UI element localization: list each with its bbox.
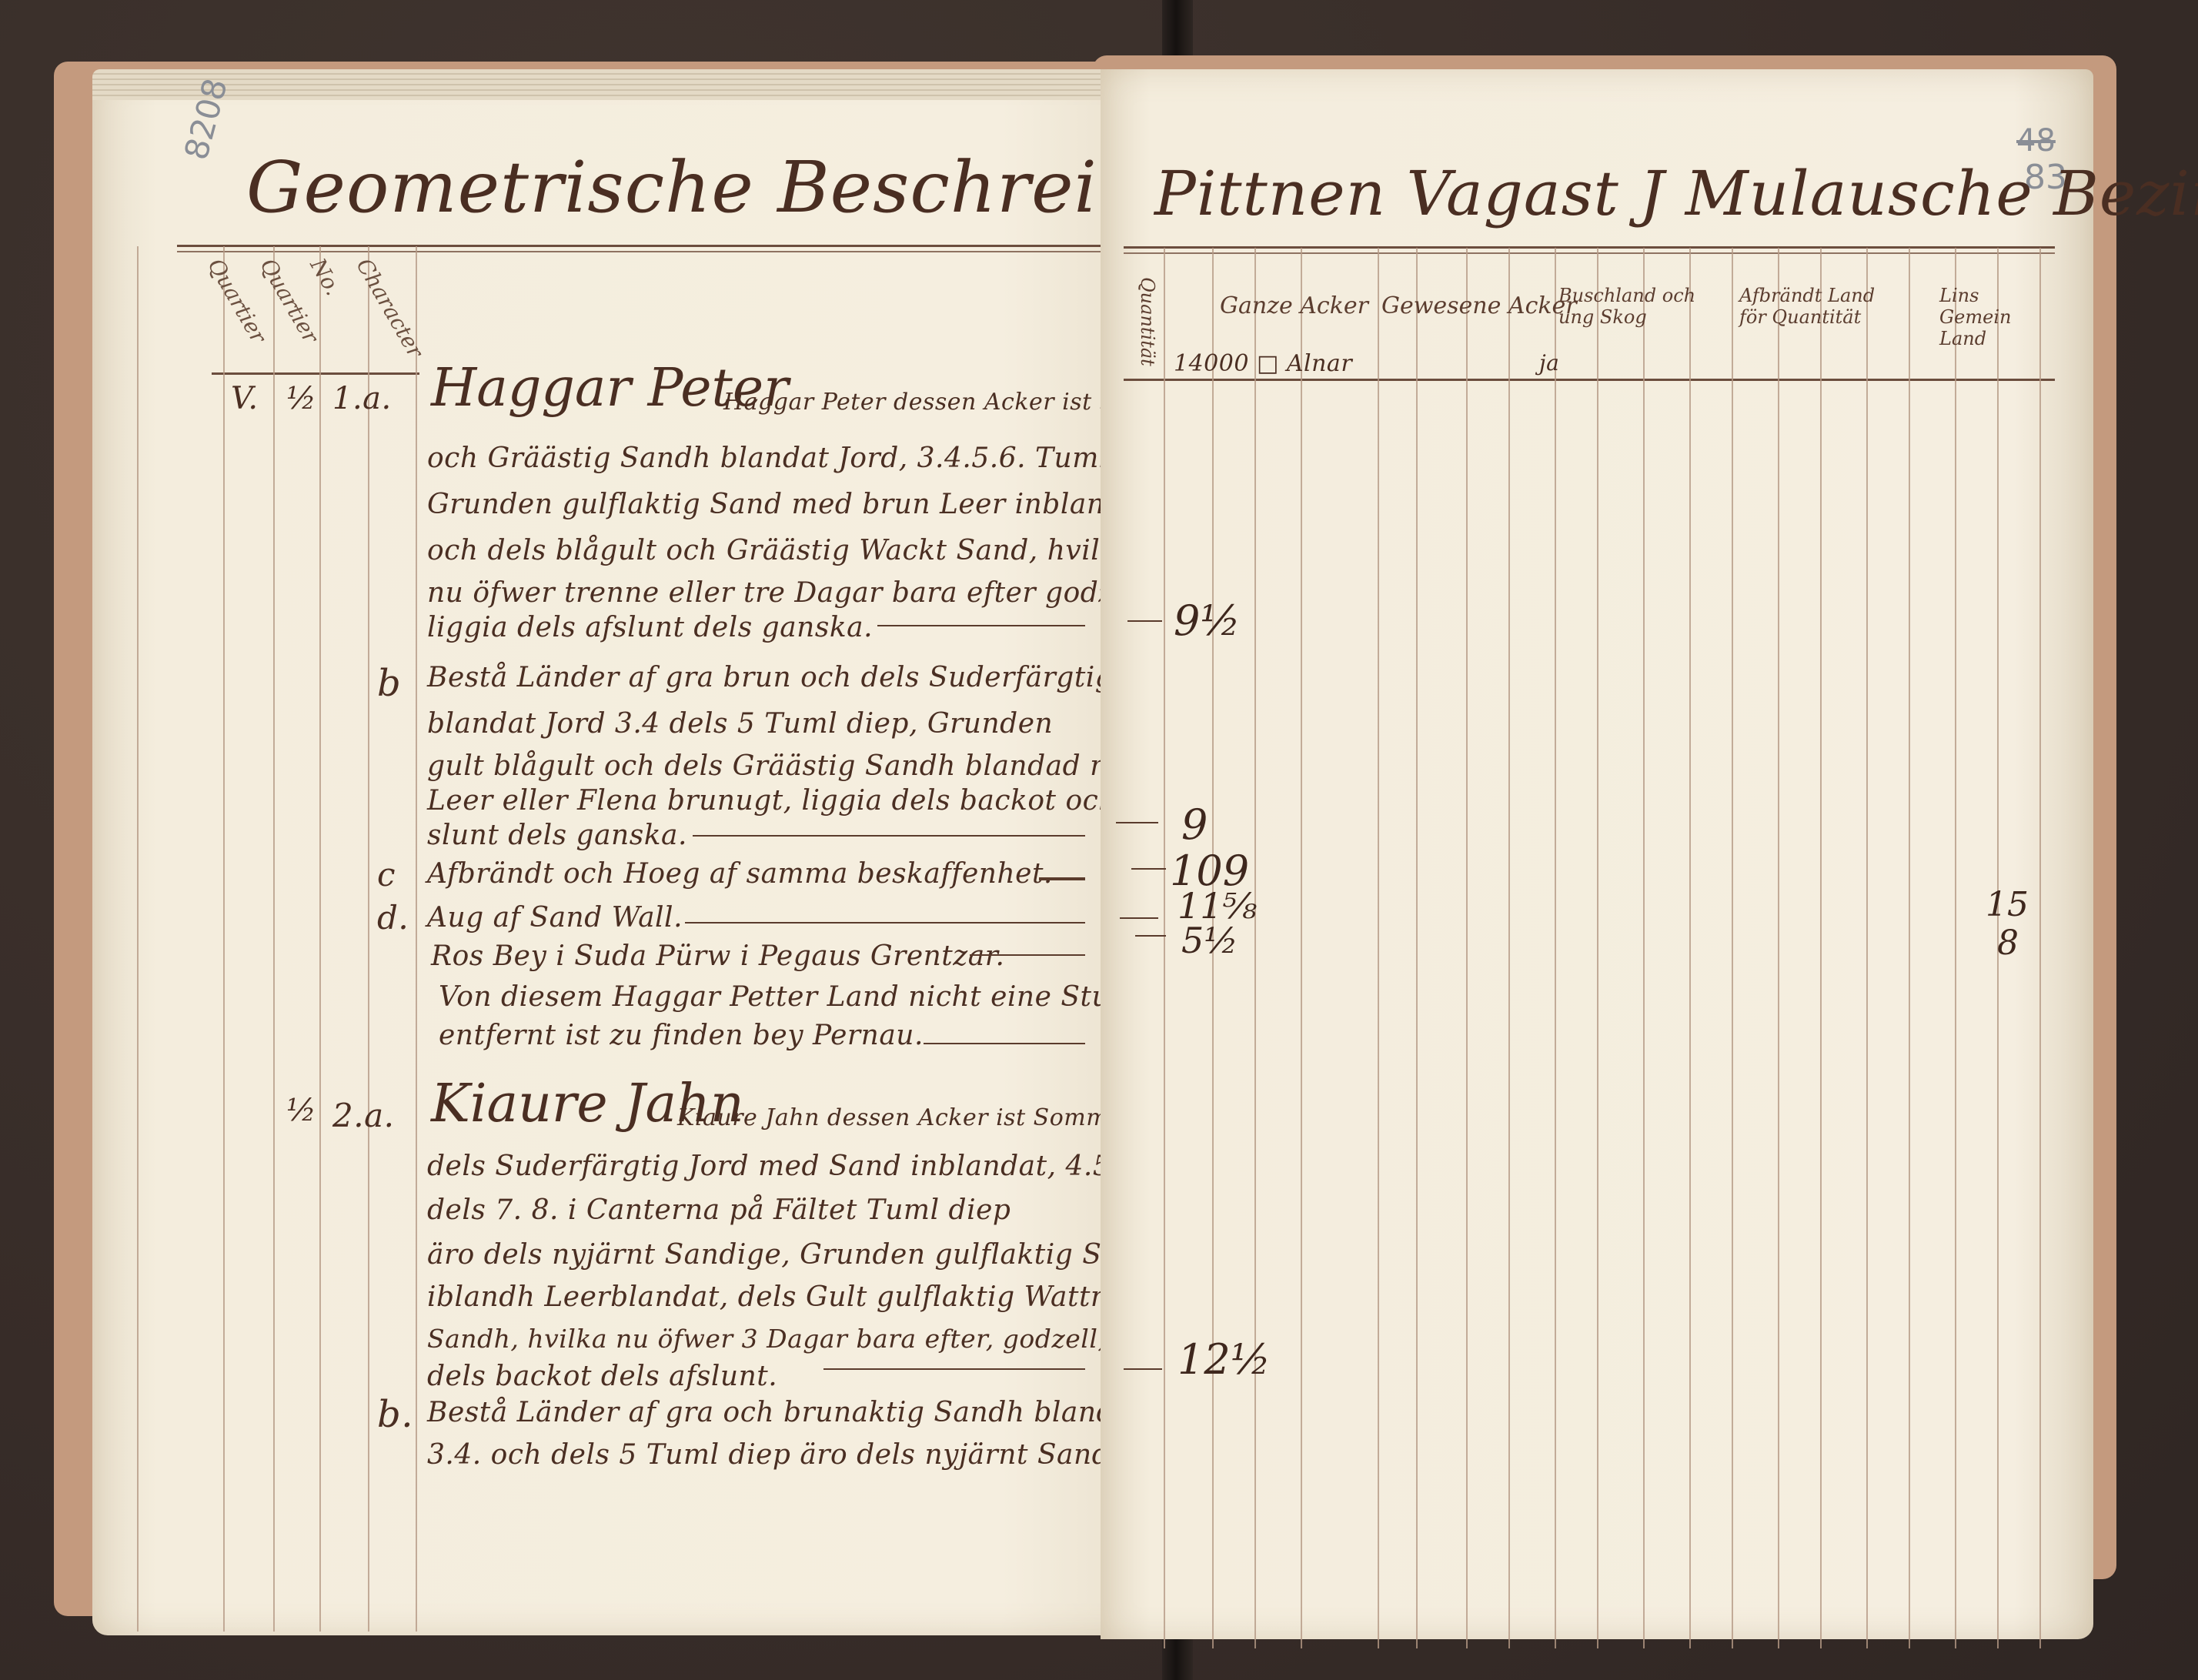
- entry-text: och dels blågult och Gräästig Wackt Sand…: [427, 535, 1134, 566]
- side-value: 8: [1997, 923, 2019, 963]
- entry-text: slunt dels ganska.: [427, 820, 687, 851]
- entry-end-rule: [1039, 877, 1085, 880]
- entry-label: 2.a.: [332, 1097, 394, 1134]
- measure-value: 12½: [1177, 1335, 1271, 1384]
- entry-text: dels Suderfärgtig Jord med Sand inblanda…: [427, 1151, 1147, 1182]
- measure-value: 5½: [1181, 920, 1238, 961]
- folio-number-struck: 48: [2016, 123, 2056, 159]
- column-header-gewesene-acker: Gewesene Acker: [1381, 292, 1577, 319]
- measure-tick: [1131, 868, 1166, 870]
- column-line: [2039, 248, 2041, 1648]
- column-line: [1555, 248, 1556, 1648]
- entry-text: liggia dels afslunt dels ganska.: [427, 612, 873, 643]
- entry-label: d.: [377, 899, 409, 937]
- note-text: Ros Bey i Suda Pürw i Pegaus Grentzar.: [431, 940, 1004, 972]
- entry-text: Aug af Sand Wall.: [427, 902, 683, 934]
- column-line: [1643, 248, 1645, 1648]
- column-line: [1164, 248, 1165, 1648]
- column-line: [273, 246, 275, 1632]
- entry-text: dels 7. 8. i Canterna på Fältet Tuml die…: [427, 1194, 1010, 1226]
- measure-tick: [1135, 935, 1166, 937]
- column-line: [1254, 248, 1256, 1648]
- entry-text: gult blågult och dels Gräästig Sandh bla…: [427, 750, 1151, 782]
- column-line: [319, 246, 321, 1632]
- note-end-rule: [970, 954, 1085, 956]
- entry-text: och Gräästig Sandh blandat Jord, 3.4.5.6…: [427, 443, 1180, 474]
- column-line: [1416, 248, 1418, 1648]
- side-value: 15: [1986, 885, 2029, 924]
- column-header-quantity: Quantität: [1137, 277, 1158, 366]
- entry-fraction: ½: [286, 381, 316, 416]
- entry-text: blandat Jord 3.4 dels 5 Tuml diep, Grund…: [427, 708, 1053, 740]
- header-rule: [1124, 246, 2055, 249]
- entry-text: nu öfwer trenne eller tre Dagar bara eft…: [427, 577, 1158, 609]
- column-line: [1689, 248, 1691, 1648]
- header-buschland-value: ja: [1539, 350, 1559, 376]
- entry-text: Bestå Länder af gra brun och dels Suderf…: [427, 662, 1213, 693]
- header-rule-secondary: [1124, 252, 2055, 254]
- column-header-gemein-land: Lins Gemein Land: [1939, 285, 2047, 349]
- header-quantity-value: 14000 □ Alnar: [1174, 350, 1352, 377]
- entry-text: Bestå Länder af gra och brunaktig Sandh …: [427, 1397, 1212, 1428]
- entry-fraction: ½: [286, 1093, 316, 1128]
- column-header-buschland: Buschland och ung Skog: [1558, 285, 1712, 328]
- margin-line: [137, 246, 139, 1632]
- entry-text: iblandh Leerblandat, dels Gult gulflakti…: [427, 1281, 1136, 1313]
- measure-tick: [1127, 620, 1162, 622]
- entry-label: 1.a.: [332, 381, 392, 416]
- column-header-rule: [212, 372, 419, 375]
- page-stack-edge: [92, 69, 1162, 100]
- entry-text: 3.4. och dels 5 Tuml diep äro dels nyjär…: [427, 1439, 1164, 1471]
- column-line: [1732, 248, 1733, 1648]
- column-line: [1378, 248, 1379, 1648]
- entry-label: b.: [377, 1393, 413, 1436]
- column-line: [1466, 248, 1468, 1648]
- entry-end-rule: [685, 922, 1085, 923]
- right-page-title: Pittnen Vagast J Mulausche Bezirk.: [1154, 158, 2198, 229]
- column-header-afbrandt: Afbrändt Land för Quantität: [1739, 285, 1893, 328]
- column-line: [1597, 248, 1598, 1648]
- entry-end-rule: [877, 625, 1085, 626]
- note-text: Von diesem Haggar Petter Land nicht eine…: [439, 981, 1163, 1013]
- entry-end-rule: [823, 1368, 1085, 1370]
- measure-tick: [1124, 1368, 1162, 1370]
- entry-label: c: [377, 856, 396, 893]
- note-end-rule: [924, 1043, 1085, 1044]
- note-text: entfernt ist zu finden bey Pernau.: [439, 1020, 924, 1051]
- entry-end-rule: [693, 835, 1085, 837]
- column-line: [416, 246, 417, 1632]
- column-line: [1909, 248, 1910, 1648]
- column-header-ganze-acker: Ganze Acker: [1220, 292, 1368, 319]
- measure-value: 9½: [1174, 596, 1241, 645]
- measure-value: 9: [1181, 800, 1208, 849]
- column-line: [1508, 248, 1510, 1648]
- entry-text: Afbrändt och Hoeg af samma beskaffenhet.: [427, 858, 1053, 890]
- column-line: [1778, 248, 1779, 1648]
- entry-text: dels backot dels afslunt.: [427, 1361, 777, 1392]
- column-line: [1866, 248, 1868, 1648]
- column-line: [223, 246, 225, 1632]
- column-header-rule: [1124, 379, 2055, 381]
- entry-text: äro dels nyjärnt Sandige, Grunden gulfla…: [427, 1239, 1173, 1271]
- entry-text: Leer eller Flena brunugt, liggia dels ba…: [427, 785, 1162, 817]
- measure-tick: [1116, 822, 1158, 823]
- entry-quartier: V.: [231, 381, 259, 416]
- column-line: [1955, 248, 1956, 1648]
- column-line: [368, 246, 369, 1632]
- measure-tick: [1120, 917, 1158, 919]
- column-line: [1820, 248, 1822, 1648]
- entry-label: b: [377, 662, 401, 705]
- entry-text: Grunden gulflaktig Sand med brun Leer in…: [427, 489, 1151, 520]
- column-line: [1301, 248, 1302, 1648]
- entry-text: Sandh, hvilka nu öfwer 3 Dagar bara efte…: [427, 1324, 1189, 1354]
